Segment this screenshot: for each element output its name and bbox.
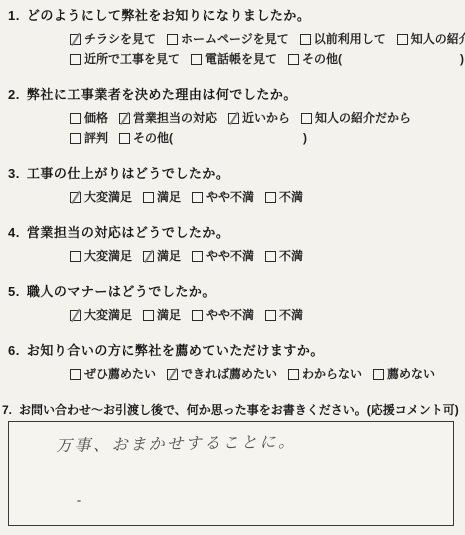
option-label: 知人の紹介だから: [315, 110, 411, 126]
check-mark: [229, 111, 238, 125]
option-label: 電話帳を見て: [205, 51, 277, 67]
option[interactable]: 薦めない: [373, 366, 435, 382]
closing-paren: ): [303, 130, 307, 146]
option-label: できれば薦めたい: [181, 366, 277, 382]
checkbox-icon[interactable]: [265, 251, 276, 262]
checkbox-checked-icon[interactable]: [70, 192, 81, 203]
checkbox-icon[interactable]: [300, 34, 311, 45]
option-row: 大変満足満足やや不満不満: [70, 189, 459, 205]
checkbox-checked-icon[interactable]: [70, 34, 81, 45]
option-label: チラシを見て: [84, 31, 156, 47]
checkbox-icon[interactable]: [288, 369, 299, 380]
checkbox-icon[interactable]: [373, 369, 384, 380]
checkbox-icon[interactable]: [70, 369, 81, 380]
check-mark: [144, 249, 153, 263]
survey-form: 1.どのようにして弊社をお知りになりましたか。チラシを見てホームページを見て以前…: [0, 0, 465, 526]
question-list: 1.どのようにして弊社をお知りになりましたか。チラシを見てホームページを見て以前…: [8, 8, 459, 418]
option[interactable]: 価格: [70, 110, 108, 126]
option[interactable]: 不満: [265, 189, 303, 205]
option-label: やや不満: [206, 248, 254, 264]
option-label: 近いから: [242, 110, 290, 126]
check-mark: [120, 111, 129, 125]
checkbox-checked-icon[interactable]: [228, 113, 239, 124]
option[interactable]: その他(): [119, 130, 307, 146]
question-5: 5.職人のマナーはどうでしたか。大変満足満足やや不満不満: [8, 284, 459, 323]
option-label: やや不満: [206, 307, 254, 323]
option-label: 知人の紹介: [411, 31, 465, 47]
option[interactable]: 評判: [70, 130, 108, 146]
option-label: 大変満足: [84, 307, 132, 323]
checkbox-icon[interactable]: [192, 251, 203, 262]
option[interactable]: ぜひ薦めたい: [70, 366, 156, 382]
checkbox-icon[interactable]: [119, 133, 130, 144]
question-3: 3.工事の仕上がりはどうでしたか。大変満足満足やや不満不満: [8, 166, 459, 205]
option[interactable]: 満足: [143, 248, 181, 264]
option-label: その他(: [302, 51, 342, 67]
option-label: 満足: [157, 248, 181, 264]
option-row: 近所で工事を見て電話帳を見てその他(): [70, 51, 459, 67]
option-row: チラシを見てホームページを見て以前利用して知人の紹介: [70, 31, 459, 47]
option[interactable]: できれば薦めたい: [167, 366, 277, 382]
option[interactable]: 不満: [265, 248, 303, 264]
handwritten-comment: 万事、おまかせすることに。: [56, 429, 297, 456]
checkbox-icon[interactable]: [191, 54, 202, 65]
option[interactable]: 満足: [143, 307, 181, 323]
option-row: 大変満足満足やや不満不満: [70, 248, 459, 264]
question-title: 2.弊社に工事業者を決めた理由は何でしたか。: [8, 87, 459, 103]
question-text: 弊社に工事業者を決めた理由は何でしたか。: [27, 87, 297, 102]
comment-box[interactable]: 万事、おまかせすることに。: [8, 421, 454, 526]
question-title: 4.営業担当の対応はどうでしたか。: [8, 225, 459, 241]
checkbox-icon[interactable]: [192, 192, 203, 203]
checkbox-icon[interactable]: [70, 133, 81, 144]
option-label: 価格: [84, 110, 108, 126]
option[interactable]: やや不満: [192, 307, 254, 323]
check-mark: [71, 308, 80, 322]
question-title: 1.どのようにして弊社をお知りになりましたか。: [8, 8, 459, 24]
check-mark: [71, 190, 80, 204]
question-number: 5.: [8, 284, 20, 299]
stray-pen-mark: [77, 500, 81, 502]
option-row: 価格営業担当の対応近いから知人の紹介だから: [70, 110, 459, 126]
option[interactable]: やや不満: [192, 248, 254, 264]
option-label: ぜひ薦めたい: [84, 366, 156, 382]
option-label: わからない: [302, 366, 362, 382]
option[interactable]: 満足: [143, 189, 181, 205]
question-text: お知り合いの方に弊社を薦めていただけますか。: [27, 343, 324, 358]
option-label: 営業担当の対応: [133, 110, 217, 126]
question-1: 1.どのようにして弊社をお知りになりましたか。チラシを見てホームページを見て以前…: [8, 8, 459, 67]
option[interactable]: 不満: [265, 307, 303, 323]
question-text: 営業担当の対応はどうでしたか。: [27, 225, 230, 240]
option[interactable]: 知人の紹介: [397, 31, 465, 47]
option-label: 評判: [84, 130, 108, 146]
option[interactable]: 近いから: [228, 110, 290, 126]
option-label: その他(: [133, 130, 173, 146]
question-title: 7.お問い合わせ〜お引渡し後で、何か思った事をお書きください。(応援コメント可): [2, 402, 459, 418]
option[interactable]: チラシを見て: [70, 31, 156, 47]
option[interactable]: 大変満足: [70, 307, 132, 323]
blank-write-in-space: [342, 59, 460, 60]
checkbox-checked-icon[interactable]: [143, 251, 154, 262]
checkbox-icon[interactable]: [288, 54, 299, 65]
checkbox-icon[interactable]: [143, 310, 154, 321]
option[interactable]: ホームページを見て: [167, 31, 289, 47]
option-row: ぜひ薦めたいできれば薦めたいわからない薦めない: [70, 366, 459, 382]
question-text: 工事の仕上がりはどうでしたか。: [27, 166, 230, 181]
checkbox-icon[interactable]: [301, 113, 312, 124]
checkbox-icon[interactable]: [70, 251, 81, 262]
question-number: 4.: [8, 225, 20, 240]
option[interactable]: 営業担当の対応: [119, 110, 217, 126]
option[interactable]: 大変満足: [70, 248, 132, 264]
question-title: 6.お知り合いの方に弊社を薦めていただけますか。: [8, 343, 459, 359]
question-2: 2.弊社に工事業者を決めた理由は何でしたか。価格営業担当の対応近いから知人の紹介…: [8, 87, 459, 146]
option-label: 大変満足: [84, 189, 132, 205]
check-mark: [168, 367, 177, 381]
checkbox-icon[interactable]: [192, 310, 203, 321]
checkbox-checked-icon[interactable]: [167, 369, 178, 380]
checkbox-icon[interactable]: [143, 192, 154, 203]
option-label: 不満: [279, 248, 303, 264]
option-row: 評判その他(): [70, 130, 459, 146]
option[interactable]: 以前利用して: [300, 31, 386, 47]
question-title: 3.工事の仕上がりはどうでしたか。: [8, 166, 459, 182]
option[interactable]: わからない: [288, 366, 362, 382]
option-label: 近所で工事を見て: [84, 51, 180, 67]
option[interactable]: 電話帳を見て: [191, 51, 277, 67]
question-7: 7.お問い合わせ〜お引渡し後で、何か思った事をお書きください。(応援コメント可): [2, 402, 459, 418]
option-label: 満足: [157, 189, 181, 205]
question-title: 5.職人のマナーはどうでしたか。: [8, 284, 459, 300]
question-number: 1.: [8, 8, 20, 23]
option[interactable]: やや不満: [192, 189, 254, 205]
blank-write-in-space: [173, 138, 303, 139]
question-text: どのようにして弊社をお知りになりましたか。: [27, 8, 311, 23]
question-number: 2.: [8, 87, 20, 102]
checkbox-icon[interactable]: [167, 34, 178, 45]
option[interactable]: 知人の紹介だから: [301, 110, 411, 126]
question-text: 職人のマナーはどうでしたか。: [27, 284, 216, 299]
question-6: 6.お知り合いの方に弊社を薦めていただけますか。ぜひ薦めたいできれば薦めたいわか…: [8, 343, 459, 382]
checkbox-icon[interactable]: [265, 192, 276, 203]
option-label: 不満: [279, 189, 303, 205]
checkbox-checked-icon[interactable]: [70, 310, 81, 321]
option-row: 大変満足満足やや不満不満: [70, 307, 459, 323]
option-label: 不満: [279, 307, 303, 323]
option-label: 以前利用して: [314, 31, 386, 47]
option-label: やや不満: [206, 189, 254, 205]
closing-paren: ): [460, 51, 464, 67]
checkbox-checked-icon[interactable]: [119, 113, 130, 124]
check-mark: [71, 32, 80, 46]
checkbox-icon[interactable]: [70, 54, 81, 65]
question-number: 3.: [8, 166, 20, 181]
question-number: 7.: [2, 403, 12, 417]
question-4: 4.営業担当の対応はどうでしたか。大変満足満足やや不満不満: [8, 225, 459, 264]
option[interactable]: その他(): [288, 51, 464, 67]
option[interactable]: 大変満足: [70, 189, 132, 205]
option-label: 大変満足: [84, 248, 132, 264]
question-text: お問い合わせ〜お引渡し後で、何か思った事をお書きください。(応援コメント可): [19, 403, 459, 417]
checkbox-icon[interactable]: [70, 113, 81, 124]
checkbox-icon[interactable]: [265, 310, 276, 321]
option-label: 満足: [157, 307, 181, 323]
checkbox-icon[interactable]: [397, 34, 408, 45]
option-label: 薦めない: [387, 366, 435, 382]
question-number: 6.: [8, 343, 20, 358]
option-label: ホームページを見て: [181, 31, 289, 47]
option[interactable]: 近所で工事を見て: [70, 51, 180, 67]
